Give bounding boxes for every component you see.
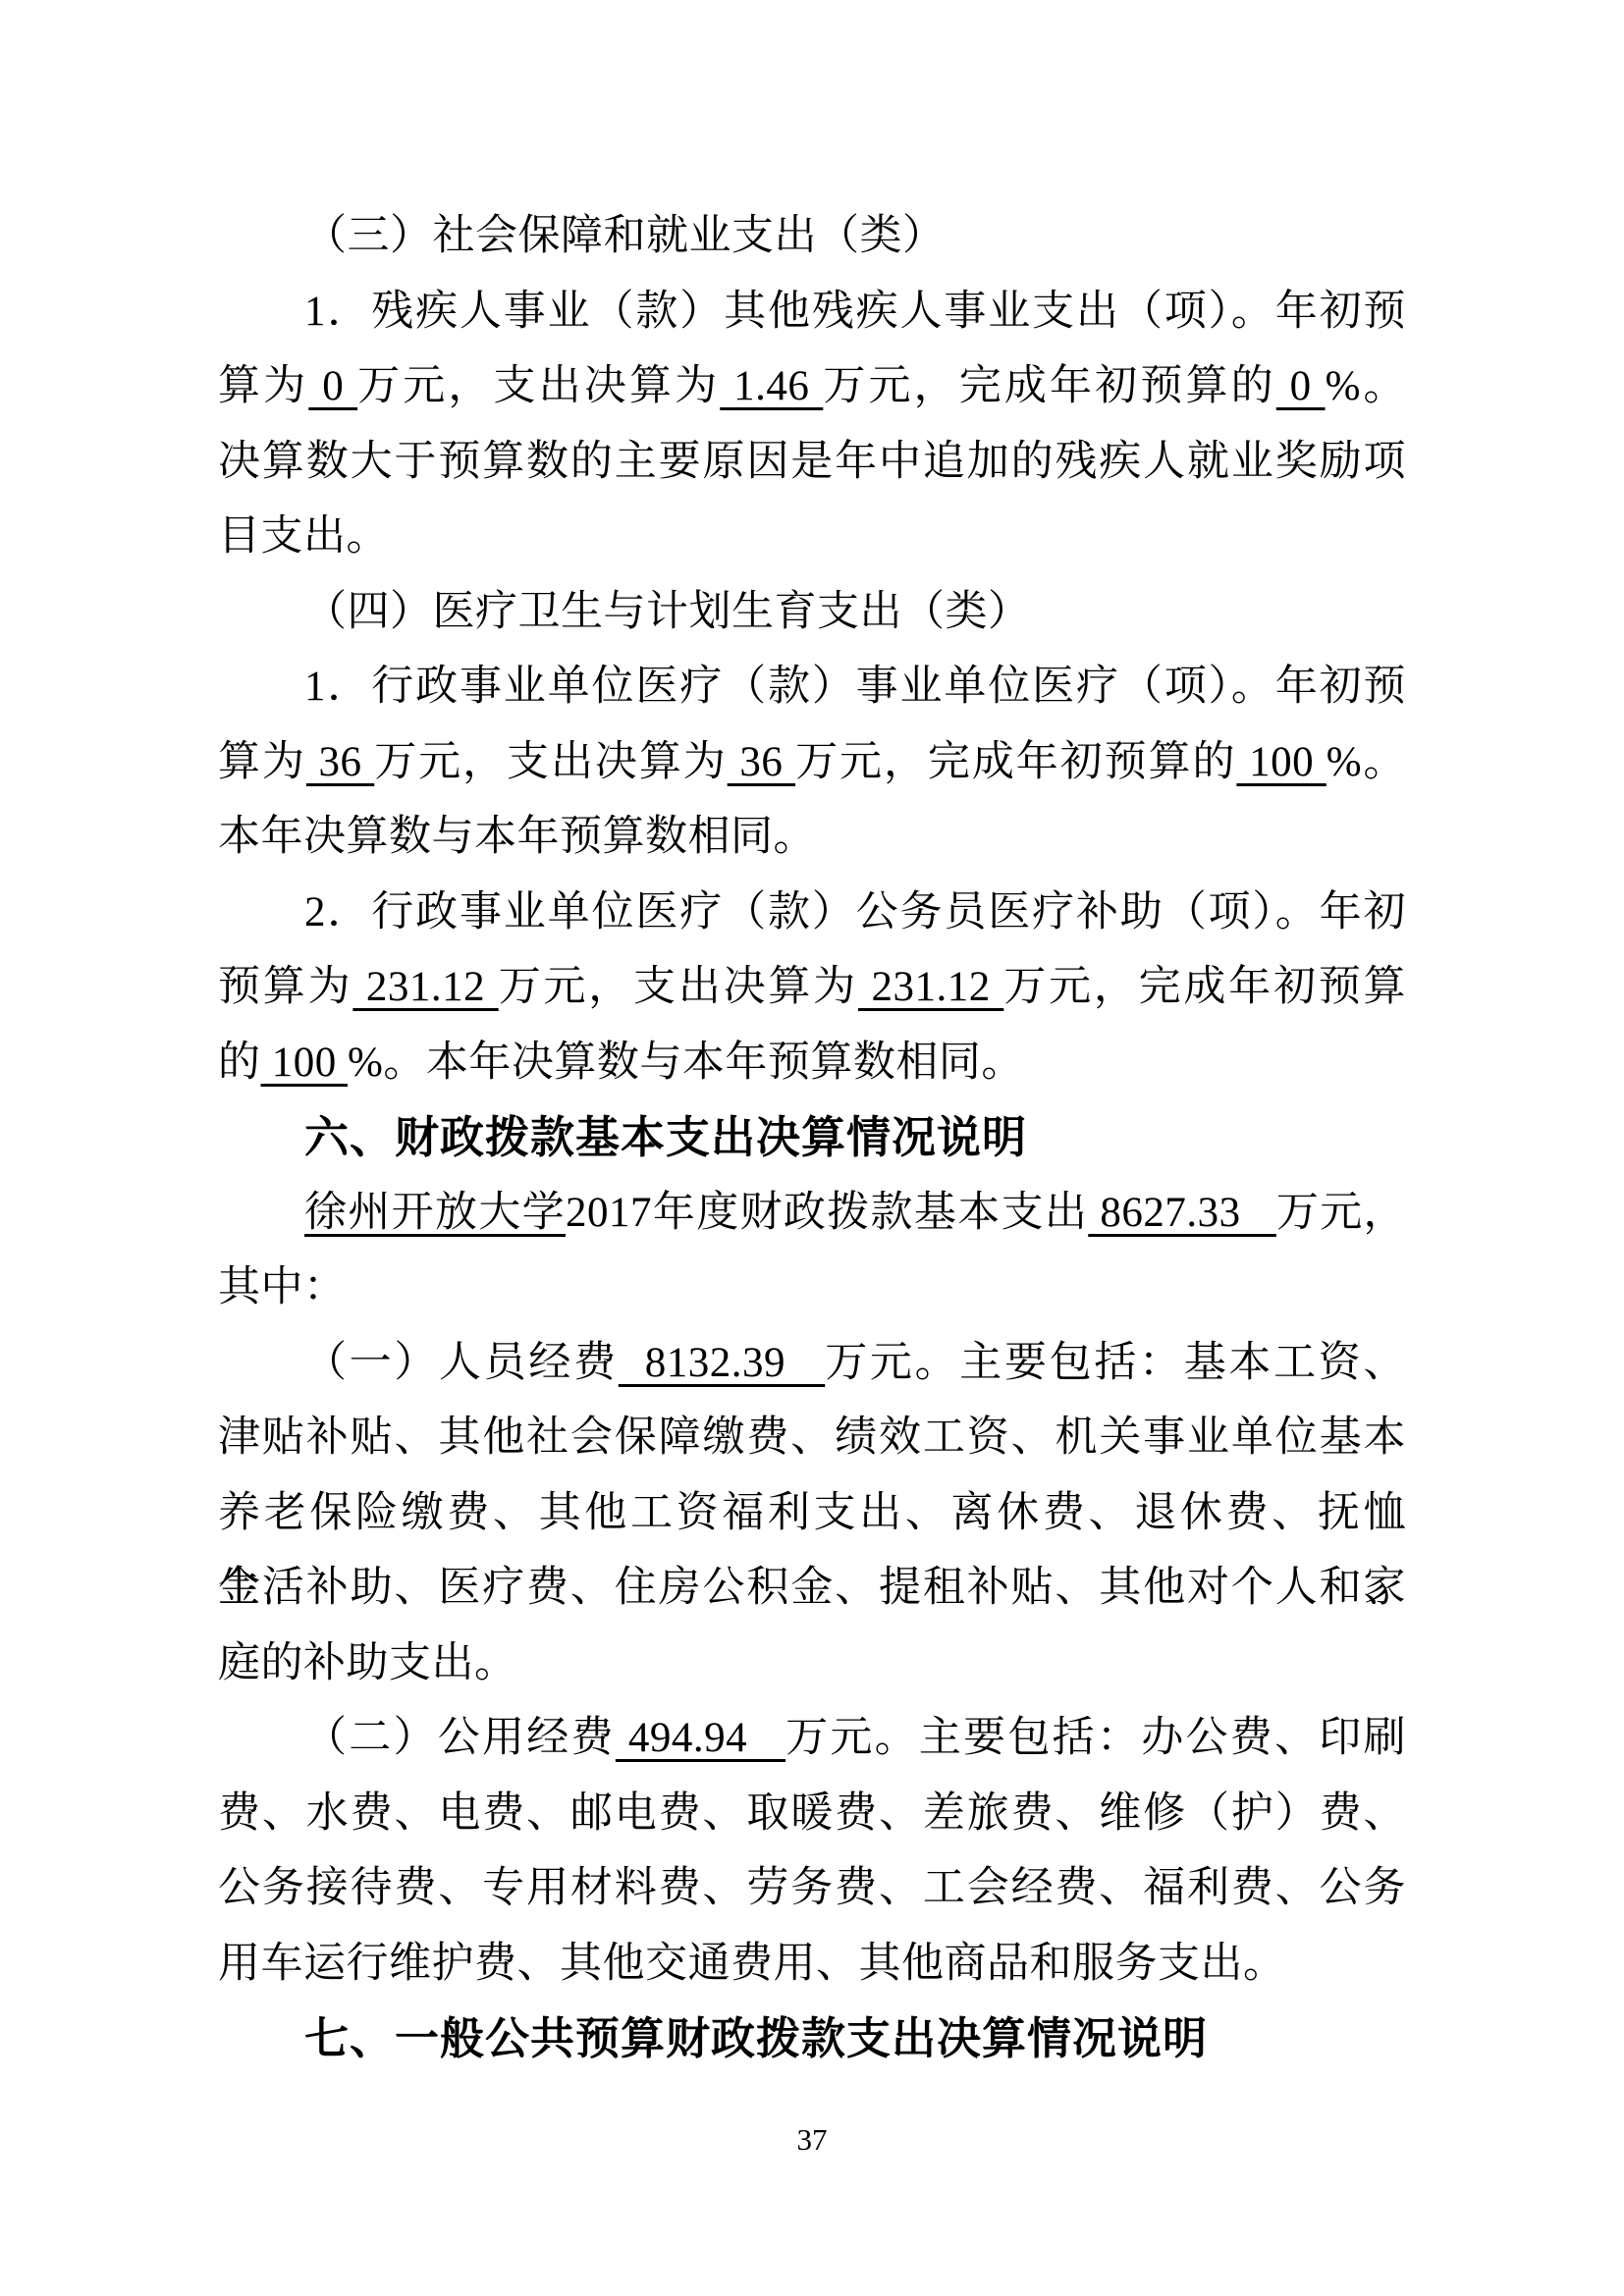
text-line: 其中： bbox=[218, 1251, 1406, 1326]
section-heading: 七、一般公共预算财政拨款支出决算情况说明 bbox=[218, 2002, 1406, 2077]
text-line: 的 100 %。本年决算数与本年预算数相同。 bbox=[218, 1026, 1406, 1101]
text-line: 目支出。 bbox=[218, 500, 1406, 575]
underlined-value: 231.12 bbox=[858, 964, 1003, 1010]
page-number: 37 bbox=[0, 2118, 1624, 2162]
underlined-value: 0 bbox=[308, 363, 357, 409]
document-body: （三）社会保障和就业支出（类）1．残疾人事业（款）其他残疾人事业支出（项）。年初… bbox=[218, 199, 1406, 2077]
text-run: 的 bbox=[218, 1040, 261, 1086]
document-page: （三）社会保障和就业支出（类）1．残疾人事业（款）其他残疾人事业支出（项）。年初… bbox=[0, 0, 1624, 2296]
text-line: （二）公用经费 494.94 万元。主要包括：办公费、印刷 bbox=[218, 1701, 1406, 1777]
text-run: 万元，支出决算为 bbox=[374, 739, 727, 785]
text-line: 预算为 231.12 万元，支出决算为 231.12 万元，完成年初预算 bbox=[218, 950, 1406, 1026]
text-line: 津贴补贴、其他社会保障缴费、绩效工资、机关事业单位基本 bbox=[218, 1401, 1406, 1476]
text-run: 其中： bbox=[218, 1264, 347, 1310]
text-run: 万元，支出决算为 bbox=[499, 964, 858, 1010]
text-run: 津贴补贴、其他社会保障缴费、绩效工资、机关事业单位基本 bbox=[218, 1415, 1406, 1461]
text-run: 万元， bbox=[1276, 1190, 1406, 1236]
text-run: 万元。主要包括：基本工资、 bbox=[825, 1340, 1406, 1386]
text-run: 2017年度财政拨款基本支出 bbox=[566, 1190, 1088, 1236]
text-line: 决算数大于预算数的主要原因是年中追加的残疾人就业奖励项 bbox=[218, 425, 1406, 501]
text-run: 决算数大于预算数的主要原因是年中追加的残疾人就业奖励项 bbox=[218, 439, 1406, 485]
underlined-value: 1.46 bbox=[720, 363, 823, 409]
text-line: 本年决算数与本年预算数相同。 bbox=[218, 800, 1406, 876]
text-line: 用车运行维护费、其他交通费用、其他商品和服务支出。 bbox=[218, 1927, 1406, 2002]
text-run: 本年决算数与本年预算数相同。 bbox=[218, 814, 816, 860]
text-run: 1．残疾人事业（款）其他残疾人事业支出（项）。年初预 bbox=[304, 289, 1406, 335]
underlined-value: 36 bbox=[306, 739, 374, 785]
text-line: （三）社会保障和就业支出（类） bbox=[218, 199, 1406, 275]
underlined-value: 231.12 bbox=[352, 964, 498, 1010]
text-run: 算为 bbox=[218, 739, 306, 785]
text-run: 算为 bbox=[218, 363, 308, 409]
text-run: 1．行政事业单位医疗（款）事业单位医疗（项）。年初预 bbox=[304, 664, 1406, 710]
underlined-value: 494.94 bbox=[616, 1715, 785, 1761]
text-run: 万元。主要包括：办公费、印刷 bbox=[785, 1715, 1406, 1761]
underlined-value: 0 bbox=[1276, 363, 1326, 409]
text-line: （一）人员经费 8132.39 万元。主要包括：基本工资、 bbox=[218, 1326, 1406, 1402]
text-run: %。 bbox=[1326, 363, 1406, 409]
text-line: 算为 0 万元，支出决算为 1.46 万元，完成年初预算的 0 %。 bbox=[218, 349, 1406, 425]
text-run: 七、一般公共预算财政拨款支出决算情况说明 bbox=[304, 2013, 1208, 2063]
text-run: 预算为 bbox=[218, 964, 352, 1010]
text-line: 费、水费、电费、邮电费、取暖费、差旅费、维修（护）费、 bbox=[218, 1777, 1406, 1852]
underlined-value: 徐州开放大学 bbox=[304, 1190, 566, 1236]
text-line: 徐州开放大学2017年度财政拨款基本支出 8627.33 万元， bbox=[218, 1176, 1406, 1252]
text-run: 生活补助、医疗费、住房公积金、提租补贴、其他对个人和家 bbox=[218, 1565, 1406, 1611]
underlined-value: 100 bbox=[261, 1040, 349, 1086]
text-run: 目支出。 bbox=[218, 513, 389, 560]
text-line: 生活补助、医疗费、住房公积金、提租补贴、其他对个人和家 bbox=[218, 1551, 1406, 1627]
text-run: %。 bbox=[1326, 739, 1406, 785]
text-run: （三）社会保障和就业支出（类） bbox=[304, 213, 946, 259]
text-run: （二）公用经费 bbox=[304, 1715, 616, 1761]
text-run: 费、水费、电费、邮电费、取暖费、差旅费、维修（护）费、 bbox=[218, 1790, 1406, 1837]
text-line: 1．行政事业单位医疗（款）事业单位医疗（项）。年初预 bbox=[218, 650, 1406, 725]
text-run: 万元，完成年初预算的 bbox=[823, 363, 1275, 409]
text-run: 2．行政事业单位医疗（款）公务员医疗补助（项）。年初 bbox=[304, 889, 1406, 935]
text-run: 万元，完成年初预算 bbox=[1003, 964, 1406, 1010]
underlined-value: 8132.39 bbox=[619, 1340, 825, 1386]
text-line: 养老保险缴费、其他工资福利支出、离休费、退休费、抚恤金、 bbox=[218, 1476, 1406, 1552]
text-line: （四）医疗卫生与计划生育支出（类） bbox=[218, 575, 1406, 651]
text-run: （一）人员经费 bbox=[304, 1340, 619, 1386]
text-line: 庭的补助支出。 bbox=[218, 1627, 1406, 1702]
section-heading: 六、财政拨款基本支出决算情况说明 bbox=[218, 1100, 1406, 1176]
text-line: 1．残疾人事业（款）其他残疾人事业支出（项）。年初预 bbox=[218, 275, 1406, 350]
text-run: %。本年决算数与本年预算数相同。 bbox=[348, 1040, 1024, 1086]
text-run: 六、财政拨款基本支出决算情况说明 bbox=[304, 1112, 1027, 1162]
text-run: （四）医疗卫生与计划生育支出（类） bbox=[304, 589, 1031, 635]
text-run: 用车运行维护费、其他交通费用、其他商品和服务支出。 bbox=[218, 1941, 1286, 1987]
text-line: 公务接待费、专用材料费、劳务费、工会经费、福利费、公务 bbox=[218, 1851, 1406, 1927]
underlined-value: 36 bbox=[728, 739, 795, 785]
text-line: 算为 36 万元，支出决算为 36 万元，完成年初预算的 100 %。 bbox=[218, 725, 1406, 801]
text-line: 2．行政事业单位医疗（款）公务员医疗补助（项）。年初 bbox=[218, 876, 1406, 951]
underlined-value: 100 bbox=[1236, 739, 1326, 785]
text-run: 万元，支出决算为 bbox=[357, 363, 720, 409]
text-run: 万元，完成年初预算的 bbox=[795, 739, 1236, 785]
text-run: 庭的补助支出。 bbox=[218, 1640, 517, 1686]
underlined-value: 8627.33 bbox=[1088, 1190, 1276, 1236]
text-run: 公务接待费、专用材料费、劳务费、工会经费、福利费、公务 bbox=[218, 1865, 1406, 1911]
